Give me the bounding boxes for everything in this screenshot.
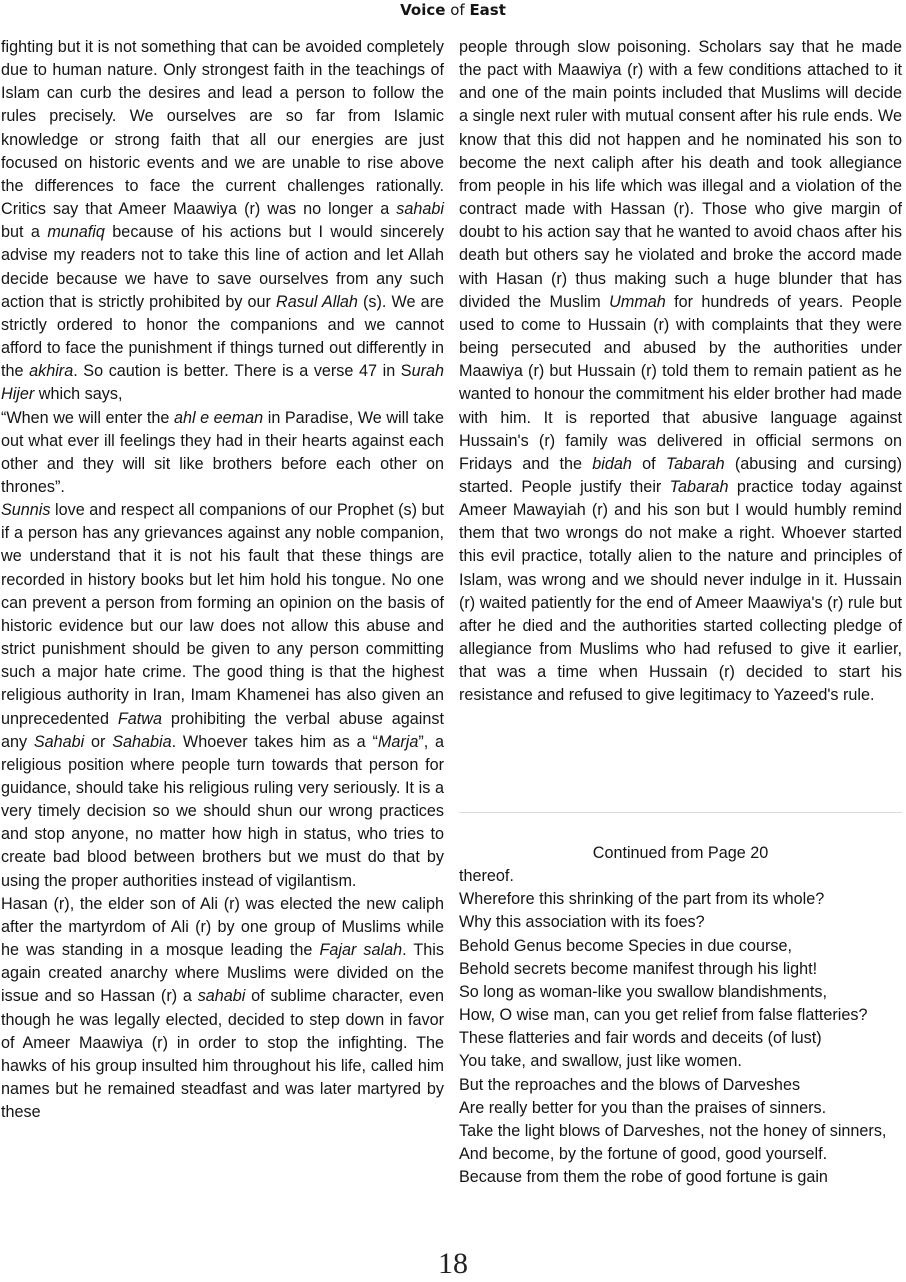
verse-line: Because from them the robe of good fortu… [459,1166,902,1189]
verse-line: And become, by the fortune of good, good… [459,1143,902,1166]
verse-line: These flatteries and fair words and dece… [459,1027,902,1050]
verse-lines: thereof.Wherefore this shrinking of the … [459,865,902,1189]
verse-line: So long as woman-like you swallow blandi… [459,981,902,1004]
article-paragraph: “When we will enter the ahl e eeman in P… [1,407,444,500]
page-number: 18 [0,1248,906,1280]
verse-line: How, O wise man, can you get relief from… [459,1004,902,1027]
continued-section: Continued from Page 20 thereof.Wherefore… [459,842,902,1189]
verse-line: Are really better for you than the prais… [459,1097,902,1120]
verse-line: Why this association with its foes? [459,911,902,934]
masthead-word-east: East [469,1,505,19]
masthead: Voice of East [0,0,906,22]
article-paragraph: Hasan (r), the elder son of Ali (r) was … [1,893,444,1125]
verse-line: thereof. [459,865,902,888]
verse-line: But the reproaches and the blows of Darv… [459,1074,902,1097]
left-article-column: fighting but it is not something that ca… [1,36,444,1124]
right-article-column: people through slow poisoning. Scholars … [459,36,902,708]
article-paragraph: people through slow poisoning. Scholars … [459,36,902,708]
masthead-word-voice: Voice [400,1,445,19]
verse-line: Take the light blows of Darveshes, not t… [459,1120,902,1143]
section-divider [459,812,902,813]
verse-line: Behold Genus become Species in due cours… [459,935,902,958]
verse-line: Wherefore this shrinking of the part fro… [459,888,902,911]
masthead-word-of: of [450,1,464,19]
verse-line: Behold secrets become manifest through h… [459,958,902,981]
article-paragraph: fighting but it is not something that ca… [1,36,444,407]
continued-heading: Continued from Page 20 [459,842,902,865]
verse-line: You take, and swallow, just like women. [459,1050,902,1073]
article-paragraph: Sunnis love and respect all companions o… [1,499,444,893]
